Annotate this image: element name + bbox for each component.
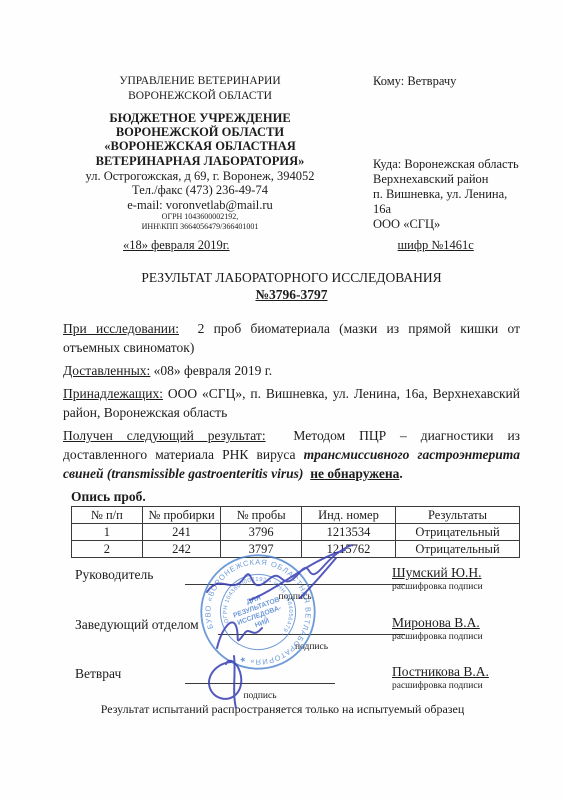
research-paragraph: При исследовании: 2 проб биоматериала (м… [63, 319, 520, 357]
cipher-number: шифр №1461с [398, 238, 474, 253]
table-header-row: № п/п № пробирки № пробы Инд. номер Резу… [72, 507, 520, 524]
phone-line: Тел./факс (473) 236-49-74 [63, 183, 337, 198]
delivered-paragraph: Доставленных: «08» февраля 2019 г. [63, 361, 520, 380]
cell-ind: 1213534 [301, 524, 395, 541]
signer-name: Миронова В.А. [392, 615, 480, 631]
org-name-line-4: ВЕТЕРИНАРНАЯ ЛАБОРАТОРИЯ» [63, 154, 337, 168]
recipient-block: Кому: Ветврачу Куда: Воронежская область… [337, 74, 520, 232]
document-title: РЕЗУЛЬТАТ ЛАБОРАТОРНОГО ИССЛЕДОВАНИЯ №37… [63, 269, 520, 303]
col-header-result: Результаты [396, 507, 520, 524]
title-line: РЕЗУЛЬТАТ ЛАБОРАТОРНОГО ИССЛЕДОВАНИЯ [63, 269, 520, 286]
round-stamp: БУВО «ВОРОНЕЖСКАЯ ОБЛАСТНАЯ ВЕТЛАБОРАТОР… [194, 548, 322, 676]
delivered-label: Доставленных: [63, 363, 150, 378]
footer-disclaimer: Результат испытаний распространяется тол… [0, 702, 565, 717]
research-label: При исследовании: [63, 321, 179, 336]
report-number: №3796-3797 [63, 286, 520, 303]
role-label: Руководитель [75, 567, 153, 583]
verdict-period: . [399, 466, 402, 481]
cell-sample: 3796 [221, 524, 301, 541]
result-label: Получен следующий результат: [63, 428, 266, 443]
col-header-ind: Инд. номер [301, 507, 395, 524]
table-row: 1 241 3796 1213534 Отрицательный [72, 524, 520, 541]
result-paragraph: Получен следующий результат: Методом ПЦР… [63, 426, 520, 483]
to-line: Кому: Ветврачу [373, 74, 520, 89]
street-address: ул. Острогожская, д 69, г. Воронеж, 3940… [63, 169, 337, 184]
cell-num: 1 [72, 524, 143, 541]
department-line-2: ВОРОНЕЖСКОЙ ОБЛАСТИ [63, 89, 337, 104]
lab-report-document: УПРАВЛЕНИЕ ВЕТЕРИНАРИИ ВОРОНЕЖСКОЙ ОБЛАС… [0, 0, 565, 800]
issuer-address: ул. Острогожская, д 69, г. Воронеж, 3940… [63, 169, 337, 232]
recipient-line-4: ООО «СГЦ» [373, 217, 520, 232]
delivered-text: «08» февраля 2019 г. [154, 363, 272, 378]
role-label: Ветврач [75, 666, 121, 682]
organization-name: БЮДЖЕТНОЕ УЧРЕЖДЕНИЕ ВОРОНЕЖСКОЙ ОБЛАСТИ… [63, 111, 337, 168]
recipient-line-2: Верхнехавский район [373, 172, 520, 187]
result-verdict: не обнаружена [310, 466, 399, 481]
department-line-1: УПРАВЛЕНИЕ ВЕТЕРИНАРИИ [63, 74, 337, 89]
document-date: «18» февраля 2019г. [123, 238, 230, 253]
ogrn-line: ОГРН 1043600002192, [63, 212, 337, 222]
belonging-paragraph: Принадлежащих: ООО «СГЦ», п. Вишневка, у… [63, 384, 520, 422]
recipient-line-3: п. Вишневка, ул. Ленина, 16а [373, 187, 520, 217]
inn-kpp-line: ИНН\КПП 3664056479/366401001 [63, 222, 337, 232]
col-header-sample: № пробы [221, 507, 301, 524]
decode-caption: расшифровка подписи [392, 632, 483, 642]
org-name-line-3: «ВОРОНЕЖСКАЯ ОБЛАСТНАЯ [63, 139, 337, 153]
cell-tube: 241 [142, 524, 221, 541]
signer-name: Постникова В.А. [392, 664, 489, 680]
recipient-line-1: Куда: Воронежская область [373, 157, 520, 172]
table-caption: Опись проб. [71, 489, 520, 505]
org-name-line-1: БЮДЖЕТНОЕ УЧРЕЖДЕНИЕ [63, 111, 337, 125]
recipient-address: Куда: Воронежская область Верхнехавский … [373, 157, 520, 232]
email-line: e-mail: voronvetlab@mail.ru [63, 198, 337, 213]
col-header-num: № п/п [72, 507, 143, 524]
issuer-block: УПРАВЛЕНИЕ ВЕТЕРИНАРИИ ВОРОНЕЖСКОЙ ОБЛАС… [63, 74, 337, 232]
document-header: УПРАВЛЕНИЕ ВЕТЕРИНАРИИ ВОРОНЕЖСКОЙ ОБЛАС… [63, 74, 520, 232]
org-name-line-2: ВОРОНЕЖСКОЙ ОБЛАСТИ [63, 125, 337, 139]
belonging-label: Принадлежащих: [63, 386, 163, 401]
cell-result: Отрицательный [396, 541, 520, 558]
signer-name: Шумский Ю.Н. [392, 565, 481, 581]
cell-result: Отрицательный [396, 524, 520, 541]
decode-caption: расшифровка подписи [392, 681, 483, 691]
role-label: Заведующий отделом [75, 617, 199, 633]
cell-num: 2 [72, 541, 143, 558]
col-header-tube: № пробирки [142, 507, 221, 524]
sign-caption: подпись [243, 691, 276, 701]
date-cipher-row: «18» февраля 2019г. шифр №1461с [63, 238, 520, 253]
decode-caption: расшифровка подписи [392, 582, 483, 592]
